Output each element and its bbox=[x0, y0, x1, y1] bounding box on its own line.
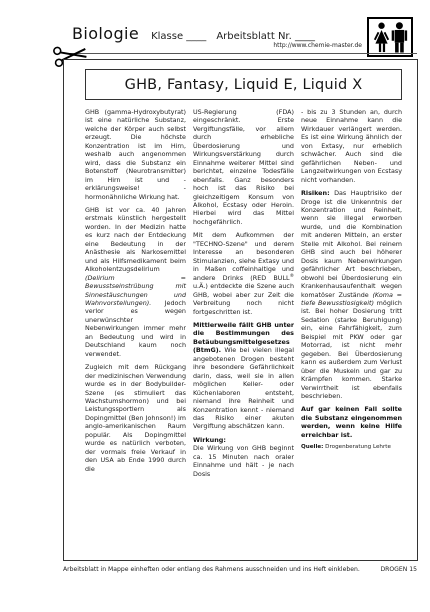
footer-page-tag: DROGEN 15 bbox=[380, 566, 417, 573]
cut-line bbox=[70, 53, 417, 54]
man-woman-pictogram-icon bbox=[367, 17, 413, 57]
text-column-1: GHB (gamma-Hydroxybutyrat) ist eine natü… bbox=[85, 108, 186, 554]
page-title: GHB, Fantasy, Liquid E, Liquid X bbox=[125, 77, 363, 93]
text-column-3: - bis zu 3 Stunden an, durch neue Einnah… bbox=[301, 108, 402, 554]
paragraph: Mittlerweile fällt GHB unter die Bestimm… bbox=[193, 321, 294, 431]
paragraph: Auf gar keinen Fall sollte die Substanz … bbox=[301, 405, 402, 439]
footer: Arbeitsblatt in Mappe einheften oder ent… bbox=[63, 566, 417, 573]
class-blank-label: Klasse ____ bbox=[151, 31, 206, 42]
paragraph: US-Regierung (FDA) eingeschränkt. Erste … bbox=[193, 108, 294, 226]
worksheet-frame: GHB, Fantasy, Liquid E, Liquid X GHB (ga… bbox=[63, 59, 418, 561]
paragraph: Quelle: Drogenberatung Lehrte bbox=[301, 444, 402, 451]
worksheet-page: Biologie Klasse ____ Arbeitsblatt Nr. __… bbox=[0, 0, 430, 612]
title-box: GHB, Fantasy, Liquid E, Liquid X bbox=[85, 69, 402, 100]
paragraph: Mit dem Aufkommen der "TECHNO-Szene" und… bbox=[193, 231, 294, 316]
website-url: http://www.chemie-master.de bbox=[273, 42, 362, 49]
worksheet-number-label: Arbeitsblatt Nr. ____ bbox=[216, 31, 315, 42]
paragraph: Zugleich mit dem Rückgang der medizinisc… bbox=[85, 363, 186, 473]
paragraph: GHB ist vor ca. 40 Jahren erstmals künst… bbox=[85, 206, 186, 358]
text-column-2: US-Regierung (FDA) eingeschränkt. Erste … bbox=[193, 108, 294, 554]
footer-instruction: Arbeitsblatt in Mappe einheften oder ent… bbox=[63, 566, 360, 573]
paragraph: Wirkung:Die Wirkung von GHB beginnt ca. … bbox=[193, 436, 294, 478]
man-woman-figures bbox=[371, 21, 409, 53]
header: Biologie Klasse ____ Arbeitsblatt Nr. __… bbox=[72, 24, 315, 43]
article-columns: GHB (gamma-Hydroxybutyrat) ist eine natü… bbox=[85, 108, 402, 554]
paragraph: GHB (gamma-Hydroxybutyrat) ist eine natü… bbox=[85, 108, 186, 201]
paragraph: Risiken: Das Hauptrisiko der Droge ist d… bbox=[301, 189, 402, 400]
paragraph: - bis zu 3 Stunden an, durch neue Einnah… bbox=[301, 108, 402, 184]
